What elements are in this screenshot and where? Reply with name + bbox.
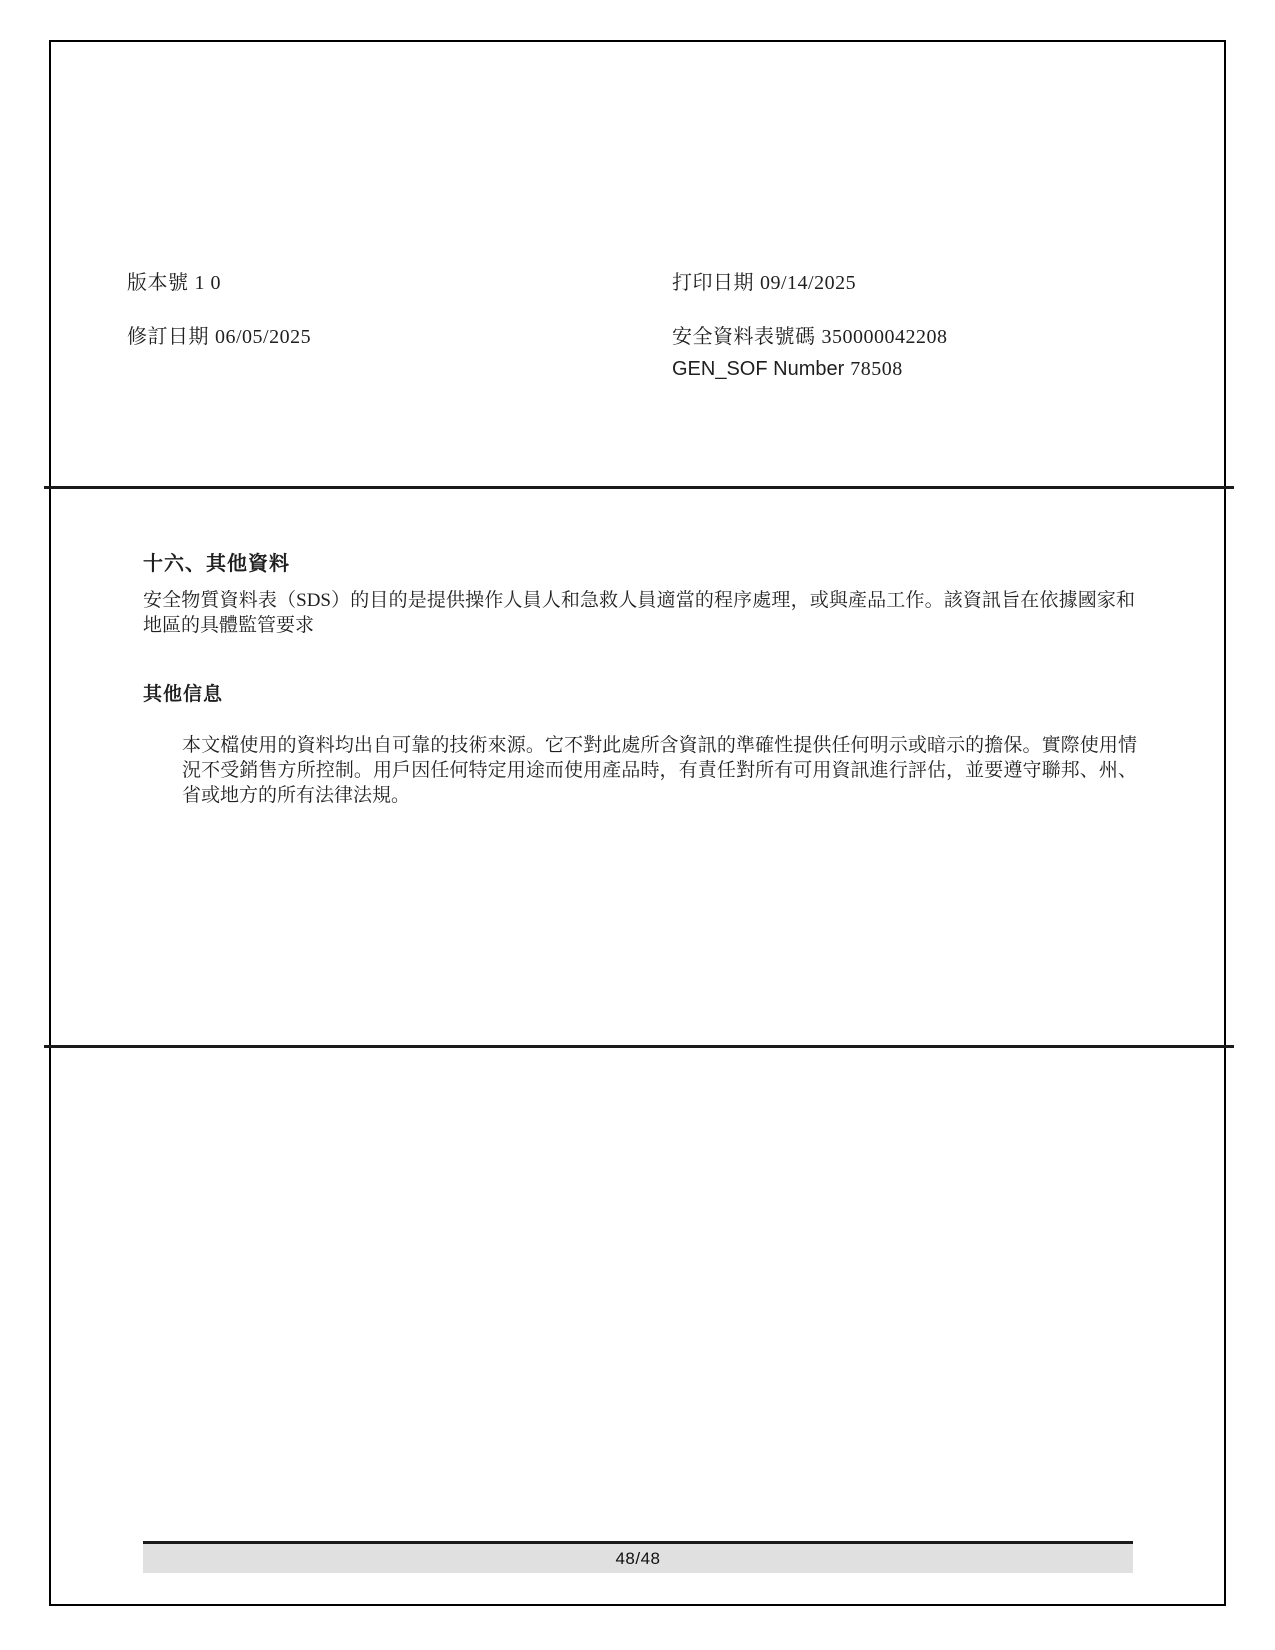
other-info-heading: 其他信息: [143, 679, 223, 706]
print-date-field: 打印日期09/14/2025: [672, 266, 856, 295]
revision-date-value: 06/05/2025: [215, 326, 311, 348]
revision-date-field: 修訂日期06/05/2025: [127, 320, 311, 349]
section-divider-top: [44, 486, 1234, 489]
revision-date-label: 修訂日期: [127, 326, 209, 348]
page-number: 48/48: [615, 1549, 660, 1569]
gen-sof-value: 78508: [850, 358, 903, 380]
page-border: [49, 40, 1226, 1606]
sds-number-value: 350000042208: [822, 326, 948, 348]
gen-sof-label: GEN_SOF Number: [672, 358, 844, 380]
section-16-title: 十六、其他資料: [143, 547, 290, 576]
gen-sof-field: GEN_SOF Number78508: [672, 358, 903, 381]
footer-page-bar: 48/48: [143, 1541, 1133, 1573]
print-date-value: 09/14/2025: [760, 272, 856, 294]
section-16-intro-paragraph: 安全物質資料表（SDS）的目的是提供操作人員人和急救人員適當的程序處理，或與產品…: [143, 588, 1135, 638]
sds-number-field: 安全資料表號碼350000042208: [672, 320, 948, 349]
print-date-label: 打印日期: [672, 272, 754, 294]
version-label: 版本號: [127, 272, 189, 294]
sds-number-label: 安全資料表號碼: [672, 326, 816, 348]
other-info-paragraph: 本文檔使用的資料均出自可靠的技術來源。它不對此處所含資訊的準確性提供任何明示或暗…: [182, 733, 1137, 808]
version-field: 版本號1 0: [127, 266, 221, 295]
section-divider-bottom: [44, 1045, 1234, 1048]
version-value: 1 0: [195, 272, 222, 294]
